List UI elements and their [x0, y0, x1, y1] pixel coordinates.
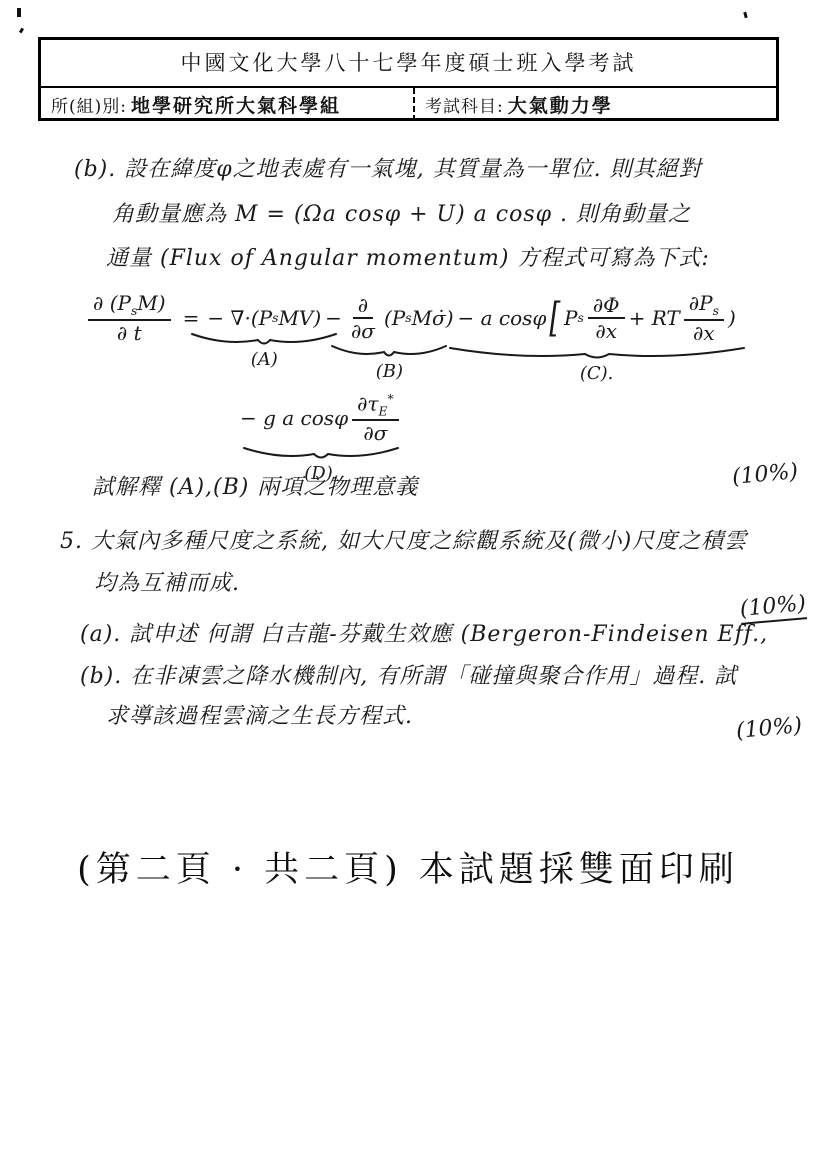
q4b-line1: (b). 設在緯度φ之地表處有一氣塊, 其質量為一單位. 則其絕對 [74, 152, 702, 183]
subject-cell: 考試科目: 大氣動力學 [415, 88, 623, 121]
q4b-line2: 角動量應為 M = (Ωa cosφ + U) a cosφ . 則角動量之 [112, 197, 691, 228]
equals-sign: = [183, 306, 200, 330]
subject-label: 考試科目: [425, 92, 504, 117]
q5-number: 5. [60, 529, 83, 554]
term-a-label: (A) [251, 349, 278, 370]
scanned-exam-page: 中國文化大學八十七學年度碩士班入學考試 所(組)別: 地學研究所大氣科學組 考試… [0, 0, 816, 1150]
lhs-numerator: ∂ (PsM) [88, 292, 171, 321]
subject-value: 大氣動力學 [508, 91, 613, 118]
underbrace-icon [329, 344, 449, 360]
equation-term-a: − ∇·(Ps MV) (A) [207, 306, 321, 330]
q5-line2: 均為互補而成. [94, 566, 240, 597]
lhs-denominator: ∂ t [112, 321, 147, 344]
angular-momentum-equation: ∂ (PsM) ∂ t = − ∇·(Ps MV) (A) − ∂ ∂σ (Ps… [84, 292, 736, 344]
exam-title: 中國文化大學八十七學年度碩士班入學考試 [41, 40, 776, 88]
q4b-score: (10%) [731, 459, 799, 490]
term-b-label: (B) [376, 361, 403, 382]
term-b-brace: (B) [325, 344, 453, 382]
q4b-line3: 通量 (Flux of Angular momentum) 方程式可寫為下式: [106, 241, 710, 272]
group-value: 地學研究所大氣科學組 [131, 91, 341, 118]
equation-term-d-row: − g a cosφ ∂τE* ∂σ (D). [240, 392, 403, 444]
underbrace-icon [189, 332, 339, 348]
term-c-brace: (C). [458, 346, 736, 384]
equation-term-c: − a cosφ [ Ps ∂Φ ∂x + RT ∂Ps ∂x ) (C). [458, 292, 736, 344]
scan-speck [17, 8, 21, 17]
scan-speck [19, 28, 24, 34]
underbrace-icon [447, 346, 747, 362]
underbrace-icon [241, 446, 401, 462]
group-label: 所(組)別: [51, 92, 127, 117]
term-a-brace: (A) [207, 332, 321, 370]
q5-item-a: (a). 試申述 何謂 白吉龍-芬戴生效應 (Bergeron-Findeise… [80, 617, 768, 648]
equation-lhs-fraction: ∂ (PsM) ∂ t [88, 292, 171, 344]
q5-item-b-line1: (b). 在非凍雲之降水機制內, 有所謂「碰撞與聚合作用」過程. 試 [80, 659, 737, 690]
equation-term-d: − g a cosφ ∂τE* ∂σ (D). [240, 392, 403, 444]
q5b-score: (10%) [735, 713, 803, 744]
q5-line1: 5.大氣內多種尺度之系統, 如大尺度之綜觀系統及(微小)尺度之積雲 [60, 524, 747, 555]
equation-term-b: − ∂ ∂σ (Ps Mσ̇) (B) [325, 294, 453, 342]
group-cell: 所(組)別: 地學研究所大氣科學組 [41, 88, 415, 121]
q4b-ask: 試解釋 (A),(B) 兩項之物理意義 [92, 470, 418, 501]
term-c-label: (C). [580, 363, 614, 384]
page-footer: (第二頁 · 共二頁) 本試題採雙面印刷 [30, 842, 786, 892]
scan-speck [743, 12, 747, 19]
exam-info-row: 所(組)別: 地學研究所大氣科學組 考試科目: 大氣動力學 [41, 88, 776, 121]
exam-header-table: 中國文化大學八十七學年度碩士班入學考試 所(組)別: 地學研究所大氣科學組 考試… [38, 37, 779, 121]
q5-line1-text: 大氣內多種尺度之系統, 如大尺度之綜觀系統及(微小)尺度之積雲 [91, 529, 747, 554]
left-bracket: [ [550, 295, 561, 341]
q5-item-b-line2: 求導該過程雲滴之生長方程式. [106, 699, 413, 730]
